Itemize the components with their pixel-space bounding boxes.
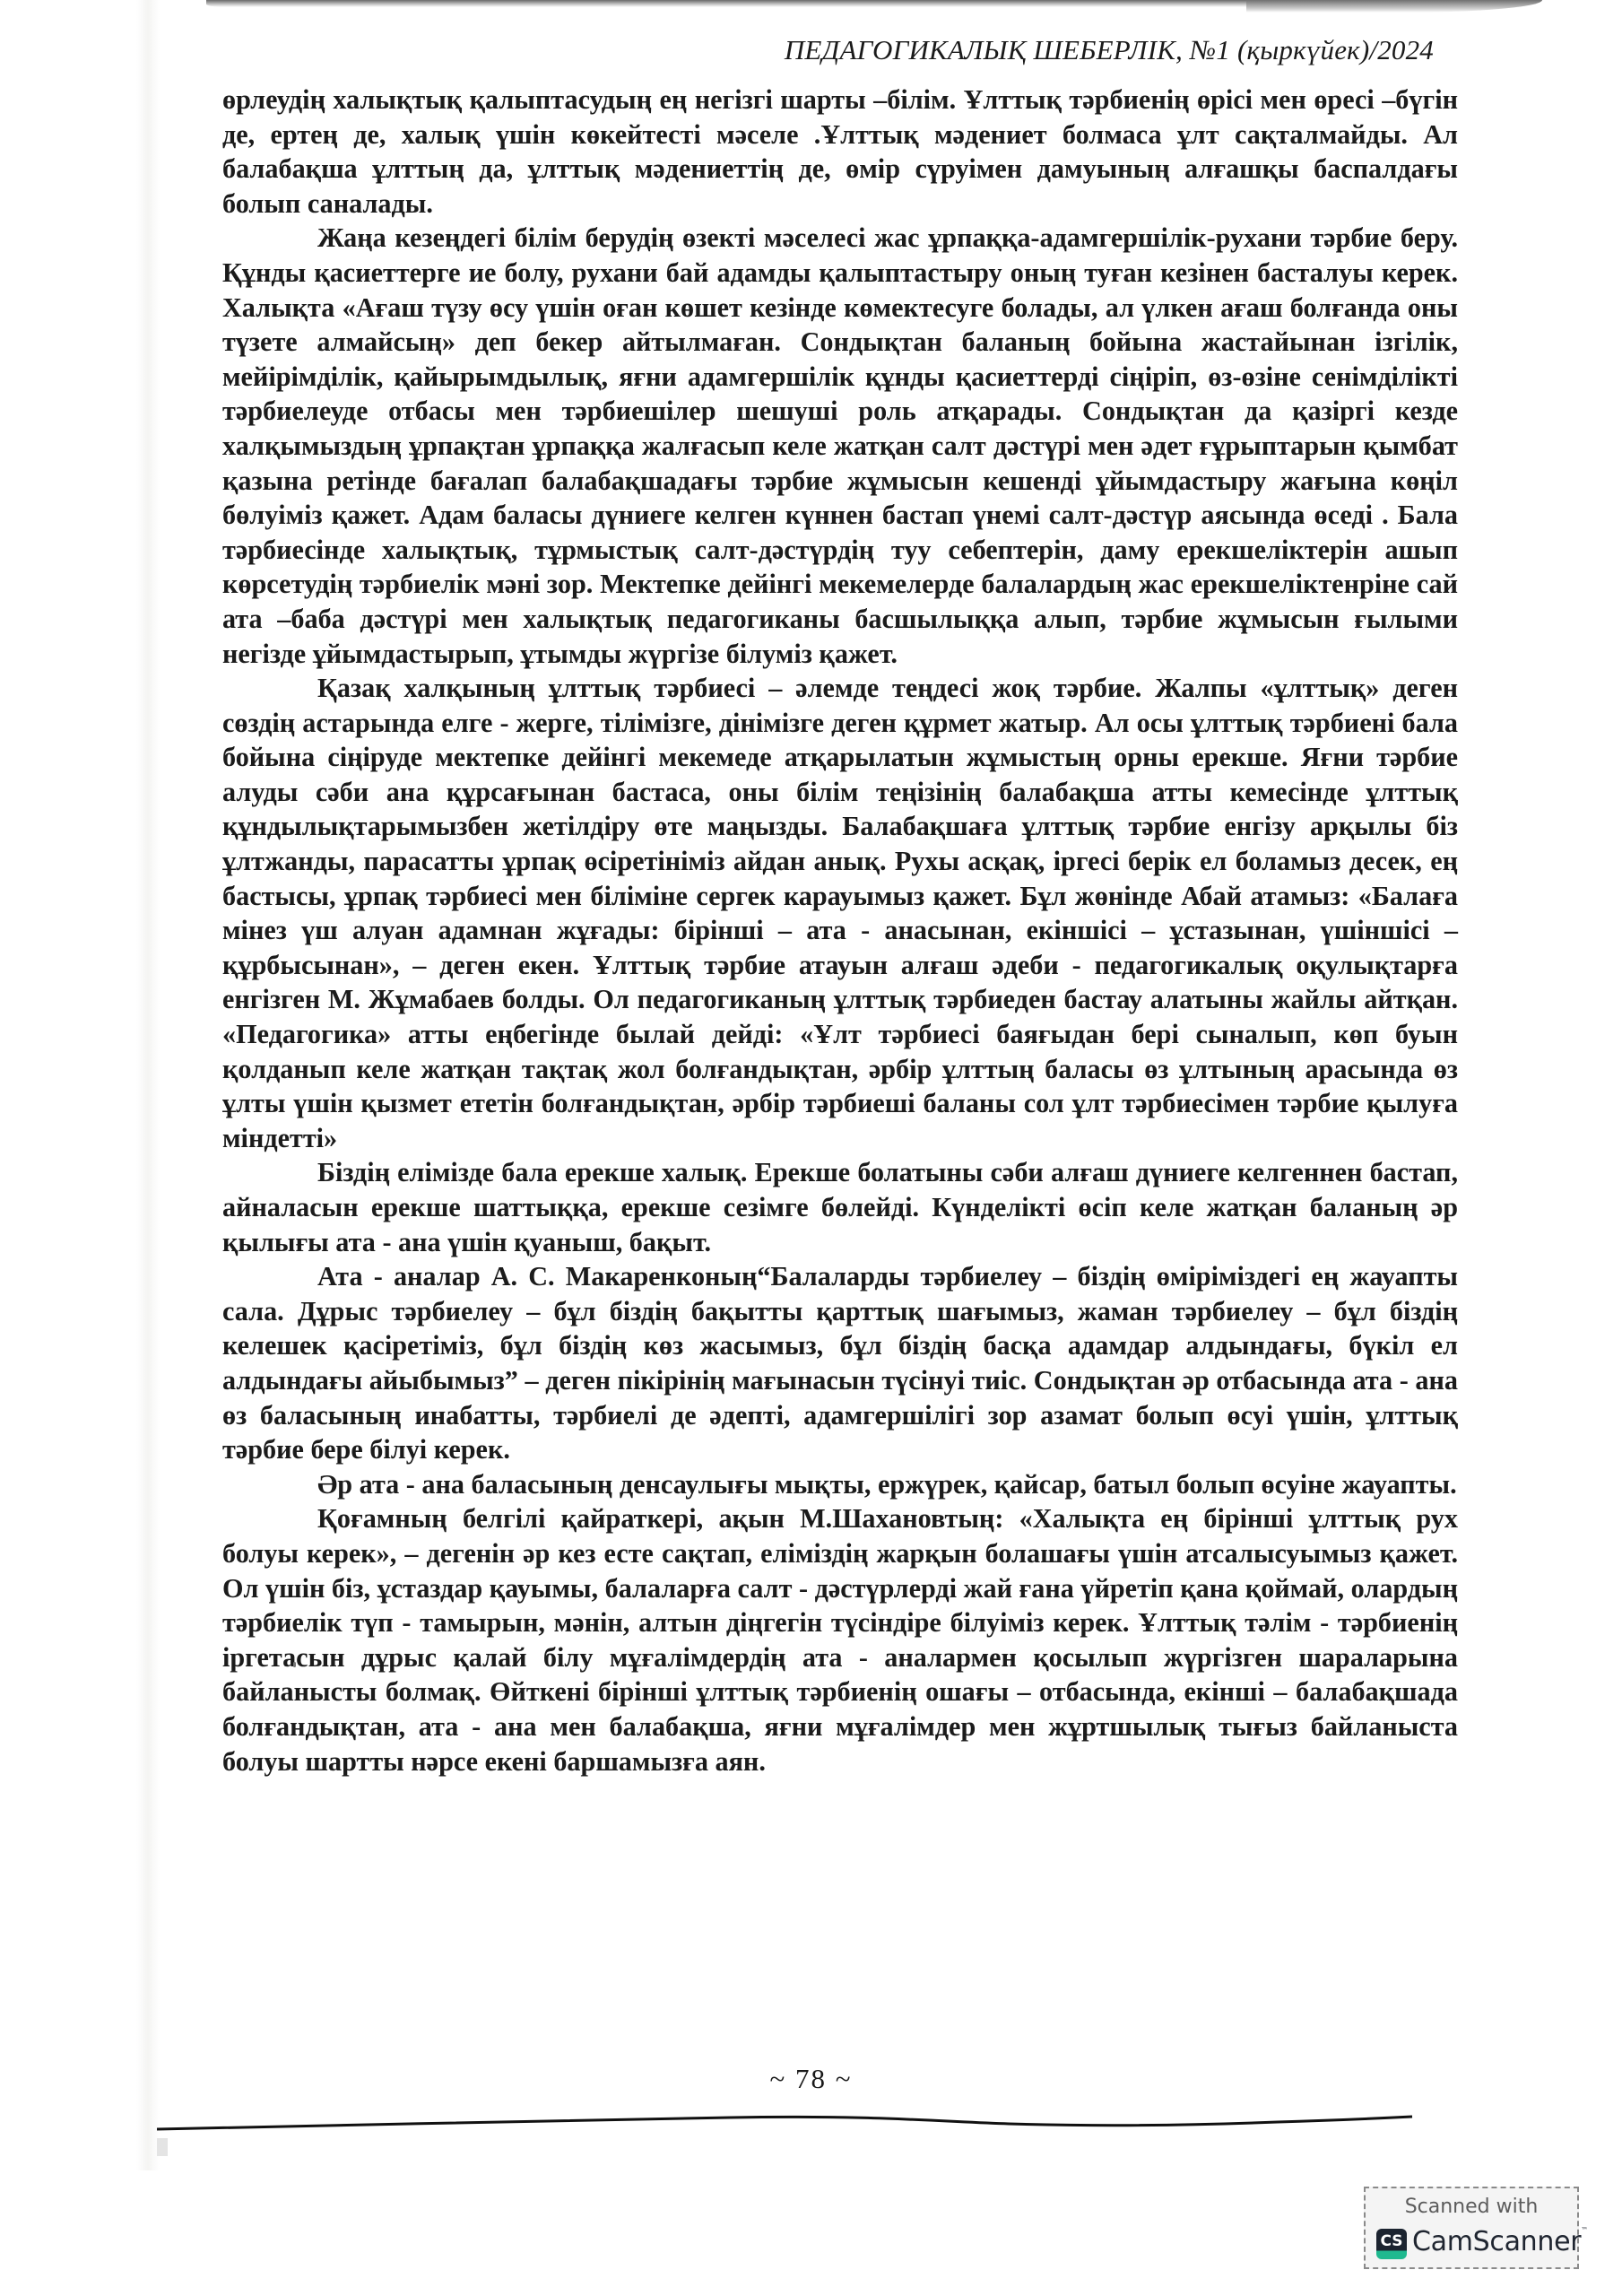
wavy-rule-line	[157, 2115, 1448, 2136]
scan-mark	[157, 2138, 168, 2156]
paragraph: Әр ата - ана баласының денсаулығы мықты,…	[222, 1467, 1458, 1502]
watermark-caption: Scanned with	[1366, 2196, 1577, 2218]
watermark-brand: CamScanner™	[1412, 2226, 1588, 2257]
paragraph: Қазақ халқының ұлттық тәрбиесі – әлемде …	[222, 671, 1458, 1155]
page-number: ~ 78 ~	[0, 2063, 1622, 2095]
scan-speck	[293, 1662, 296, 1667]
article-body: өрлеудің халықтық қалыптасудың ең негізг…	[222, 83, 1458, 1779]
brand-name: CamScanner	[1412, 2226, 1581, 2257]
paragraph: Ата - аналар А. С. Макаренконың“Балалард…	[222, 1259, 1458, 1467]
paragraph: өрлеудің халықтық қалыптасудың ең негізг…	[222, 83, 1458, 221]
camscanner-logo-icon: CS	[1376, 2229, 1407, 2259]
paragraph: Біздің елімізде бала ерекше халық. Ерекш…	[222, 1155, 1458, 1259]
running-head: ПЕДАГОГИКАЛЫҚ ШЕБЕРЛІК, №1 (қыркүйек)/20…	[785, 34, 1434, 66]
paragraph: Қоғамның белгілі қайраткері, ақын М.Шаха…	[222, 1501, 1458, 1779]
camscanner-watermark: Scanned with CS CamScanner™	[1364, 2187, 1579, 2269]
trademark-symbol: ™	[1581, 2226, 1588, 2234]
scan-edge-shadow	[136, 0, 160, 2170]
scan-top-shadow-curl	[1246, 0, 1542, 13]
paragraph: Жаңа кезеңдегі білім берудің өзекті мәсе…	[222, 221, 1458, 671]
